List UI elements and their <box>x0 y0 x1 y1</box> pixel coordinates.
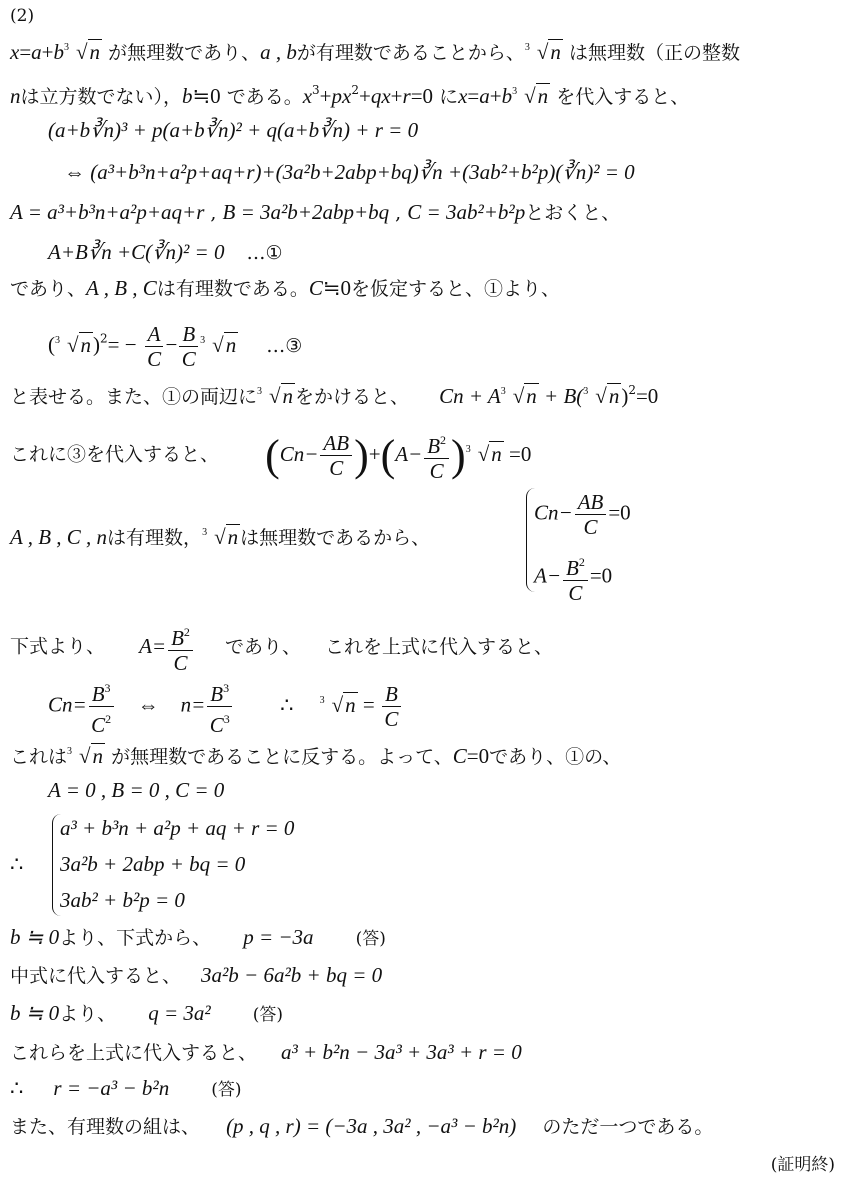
lower-eq-line: 下式より、 A=B2C であり、これを上式に代入すると、 <box>10 620 553 675</box>
conclusion-line: また、有理数の組は、 (p , q , r) = (−3a , 3a² , −a… <box>10 1114 713 1139</box>
cube-derivation: Cn=B3C2 ⇔ n=B3C3 ∴ 3√n = BC <box>48 676 403 737</box>
definitions-line: A = a³+b³n+a²p+aq+r , B = 3a²b+2abp+bq ,… <box>10 200 620 225</box>
system3-row-3: 3ab² + b²p = 0 <box>60 888 185 912</box>
rational-line: であり、A , B , Cは有理数である。C≒0を仮定すると、①より、 <box>10 276 560 301</box>
system3-row-1: a³ + b³n + a²p + aq + r = 0 <box>60 816 294 840</box>
qed-label: (証明終) <box>771 1150 835 1175</box>
para1-line2: nは立方数でない），b≒0 である。x3+px2+qx+r=0 にx=a+b3√… <box>10 78 689 109</box>
contradiction-line: これは3√n が無理数であることに反する。よって、C=0であり、①の、 <box>10 744 621 769</box>
para1-line1: x=a+b3√n が無理数であり、a , bが有理数であることから、3√n は無… <box>10 40 740 65</box>
multiply-line: と表せる。また、①の両辺に3√nをかけると、 Cn + A3√n + B(3√n… <box>10 378 658 409</box>
substitute-line: これに③を代入すると、 (Cn−ABC)+(A−B2C)3√n =0 <box>10 428 531 483</box>
solve-p-line: b ≒ 0より、下式から、 p = −3a (答) <box>10 925 386 951</box>
expansion-eq2: ⇔ (a³+b³n+a²p+aq+r)+(3a²b+2abp+bq)∛n +(3… <box>64 160 635 184</box>
solve-q-line: b ≒ 0より、 q = 3a² (答) <box>10 1001 283 1027</box>
expansion-eq1: (a+b∛n)³ + p(a+b∛n)² + q(a+b∛n) + r = 0 <box>48 118 418 142</box>
system-row-2: A−B2C=0 <box>534 550 612 605</box>
therefore-mark: ∴ <box>10 852 23 876</box>
header-label: (2) <box>10 4 34 28</box>
zeros-line: A = 0 , B = 0 , C = 0 <box>48 778 224 802</box>
equation-1: A+B∛n +C(∛n)² = 0…① <box>48 240 283 265</box>
system-intro-line: A , B , C , nは有理数，3√nは無理数であるから、 <box>10 525 430 550</box>
equation-3: (3√n)2= − AC−BC3√n …③ <box>48 322 302 371</box>
system-row-1: Cn−ABC=0 <box>534 490 631 539</box>
solve-top-line: これらを上式に代入すると、a³ + b²n − 3a³ + 3a³ + r = … <box>10 1040 522 1065</box>
solve-r-line: ∴ r = −a³ − b²n (答) <box>10 1076 242 1102</box>
system3-row-2: 3a²b + 2abp + bq = 0 <box>60 852 245 876</box>
solve-mid-line: 中式に代入すると、3a²b − 6a²b + bq = 0 <box>10 963 382 988</box>
cube-root-n: 3√n <box>64 40 102 64</box>
